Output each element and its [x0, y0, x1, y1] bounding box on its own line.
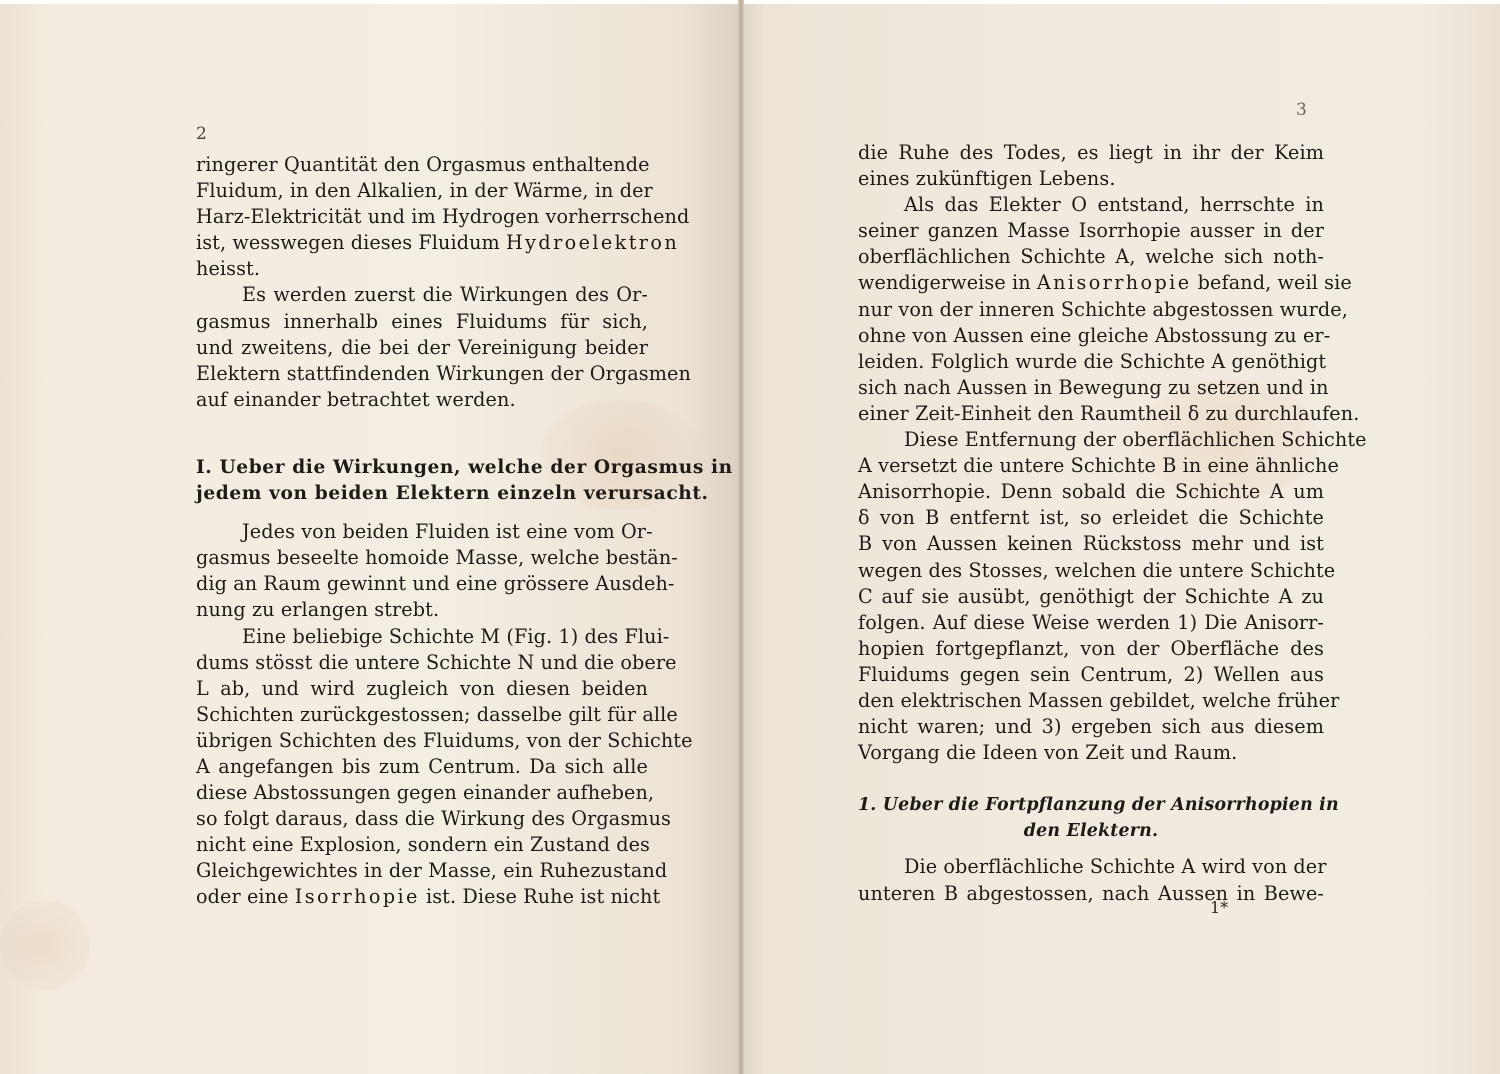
text-line: Als das Elekter O entstand, herrschte in	[858, 192, 1324, 218]
text-line: Schichten zurückgestossen; dasselbe gilt…	[196, 702, 648, 728]
signature-mark: 1*	[1210, 898, 1228, 917]
text-line: wegen des Stosses, welchen die untere Sc…	[858, 558, 1324, 584]
text-line: unteren B abgestossen, nach Aussen in Be…	[858, 881, 1324, 907]
text-fragment: ist, wesswegen dieses Fluidum	[196, 231, 500, 254]
text-line: L ab, und wird zugleich von diesen beide…	[196, 676, 648, 702]
text-line: wendigerweise in Anisorrhopie befand, we…	[858, 270, 1324, 296]
text-line: C auf sie ausübt, genöthigt der Schichte…	[858, 584, 1324, 610]
text-line: folgen. Auf diese Weise werden 1) Die An…	[858, 610, 1324, 636]
paragraph: Die oberflächliche Schichte A wird von d…	[858, 854, 1324, 906]
text-line: so folgt daraus, dass die Wirkung des Or…	[196, 806, 648, 832]
page-number-left: 2	[196, 124, 207, 144]
paragraph: die Ruhe des Todes, es liegt in ihr der …	[858, 140, 1324, 192]
text-line: δ von B entfernt ist, so erleidet die Sc…	[858, 505, 1324, 531]
spacer	[196, 413, 648, 455]
heading-line: den Elektern.	[858, 818, 1324, 844]
text-line: ohne von Aussen eine gleiche Abstossung …	[858, 323, 1324, 349]
text-line: A versetzt die untere Schichte B in eine…	[858, 453, 1324, 479]
text-line: nung zu erlangen strebt.	[196, 597, 648, 623]
text-line: auf einander betrachtet werden.	[196, 387, 648, 413]
text-line: ringerer Quantität den Orgasmus enthalte…	[196, 152, 648, 178]
text-line: Gleichgewichtes in der Masse, ein Ruhezu…	[196, 858, 648, 884]
text-line: Eine beliebige Schichte M (Fig. 1) des F…	[196, 624, 648, 650]
left-page-text: ringerer Quantität den Orgasmus enthalte…	[196, 152, 648, 911]
paragraph: ringerer Quantität den Orgasmus enthalte…	[196, 152, 648, 282]
paragraph: Es werden zuerst die Wirkungen des Or- g…	[196, 282, 648, 412]
text-line: einer Zeit-Einheit den Raumtheil δ zu du…	[858, 401, 1324, 427]
text-line: oberflächlichen Schichte A, welche sich …	[858, 244, 1324, 270]
paragraph: Als das Elekter O entstand, herrschte in…	[858, 192, 1324, 427]
text-line: Anisorrhopie. Denn sobald die Schichte A…	[858, 479, 1324, 505]
spacer	[196, 507, 648, 519]
text-line: übrigen Schichten des Fluidums, von der …	[196, 728, 648, 754]
text-line: Fluidums gegen sein Centrum, 2) Wellen a…	[858, 662, 1324, 688]
heading-line: 1. Ueber die Fortpflanzung der Anisorrho…	[858, 792, 1324, 818]
text-line: diese Abstossungen gegen einander aufheb…	[196, 780, 648, 806]
text-line: gasmus innerhalb eines Fluidums für sich…	[196, 309, 648, 335]
spaced-term: Anisorrhopie	[1037, 271, 1192, 294]
paragraph: Jedes von beiden Fluiden ist eine vom Or…	[196, 519, 648, 623]
spaced-term: Hydroelektron	[506, 231, 679, 254]
spacer	[858, 766, 1324, 792]
text-line: B von Aussen keinen Rückstoss mehr und i…	[858, 531, 1324, 557]
text-fragment: befand, weil sie	[1198, 271, 1352, 294]
text-line: A angefangen bis zum Centrum. Da sich al…	[196, 754, 648, 780]
text-line: nicht waren; und 3) ergeben sich aus die…	[858, 714, 1324, 740]
text-line: oder eine Isorrhopie ist. Diese Ruhe ist…	[196, 884, 648, 910]
text-fragment: ist. Diese Ruhe ist nicht	[426, 885, 660, 908]
paper-stain	[0, 900, 90, 990]
text-line: dig an Raum gewinnt und eine grössere Au…	[196, 571, 648, 597]
text-line: hopien fortgepflanzt, von der Oberfläche…	[858, 636, 1324, 662]
subsection-heading: 1. Ueber die Fortpflanzung der Anisorrho…	[858, 792, 1324, 844]
text-line: Elektern stattfindenden Wirkungen der Or…	[196, 361, 648, 387]
text-line: den elektrischen Massen gebildet, welche…	[858, 688, 1324, 714]
spacer	[858, 844, 1324, 854]
text-line: Die oberflächliche Schichte A wird von d…	[858, 854, 1324, 880]
text-line: Jedes von beiden Fluiden ist eine vom Or…	[196, 519, 648, 545]
text-line: leiden. Folglich wurde die Schichte A ge…	[858, 349, 1324, 375]
paragraph: Diese Entfernung der oberflächlichen Sch…	[858, 427, 1324, 766]
paragraph: Eine beliebige Schichte M (Fig. 1) des F…	[196, 624, 648, 911]
book-gutter	[738, 0, 744, 1074]
text-line: seiner ganzen Masse Isorrhopie ausser in…	[858, 218, 1324, 244]
text-line: Fluidum, in den Alkalien, in der Wärme, …	[196, 178, 648, 204]
text-line: dums stösst die untere Schichte N und di…	[196, 650, 648, 676]
text-line: heisst.	[196, 256, 648, 282]
section-heading: I. Ueber die Wirkungen, welche der Orgas…	[196, 455, 648, 507]
heading-line: jedem von beiden Elektern einzeln verurs…	[196, 481, 648, 507]
text-fragment: wendigerweise in	[858, 271, 1031, 294]
text-line: eines zukünftigen Lebens.	[858, 166, 1324, 192]
text-fragment: oder eine	[196, 885, 289, 908]
heading-line: I. Ueber die Wirkungen, welche der Orgas…	[196, 455, 648, 481]
book-spread: 2 ringerer Quantität den Orgasmus enthal…	[0, 0, 1500, 1074]
text-line: Vorgang die Ideen von Zeit und Raum.	[858, 740, 1324, 766]
text-line: Es werden zuerst die Wirkungen des Or-	[196, 282, 648, 308]
text-line: Harz-Elektricität und im Hydrogen vorher…	[196, 204, 648, 230]
text-line: nicht eine Explosion, sondern ein Zustan…	[196, 832, 648, 858]
right-page-text: die Ruhe des Todes, es liegt in ihr der …	[858, 140, 1324, 907]
text-line: nur von der inneren Schichte abgestossen…	[858, 297, 1324, 323]
text-line: Diese Entfernung der oberflächlichen Sch…	[858, 427, 1324, 453]
text-line: und zweitens, die bei der Vereinigung be…	[196, 335, 648, 361]
page-number-right: 3	[1296, 100, 1307, 120]
spaced-term: Isorrhopie	[295, 885, 420, 908]
text-line: ist, wesswegen dieses Fluidum Hydroelekt…	[196, 230, 648, 256]
text-line: die Ruhe des Todes, es liegt in ihr der …	[858, 140, 1324, 166]
text-line: sich nach Aussen in Bewegung zu setzen u…	[858, 375, 1324, 401]
text-line: gasmus beseelte homoide Masse, welche be…	[196, 545, 648, 571]
